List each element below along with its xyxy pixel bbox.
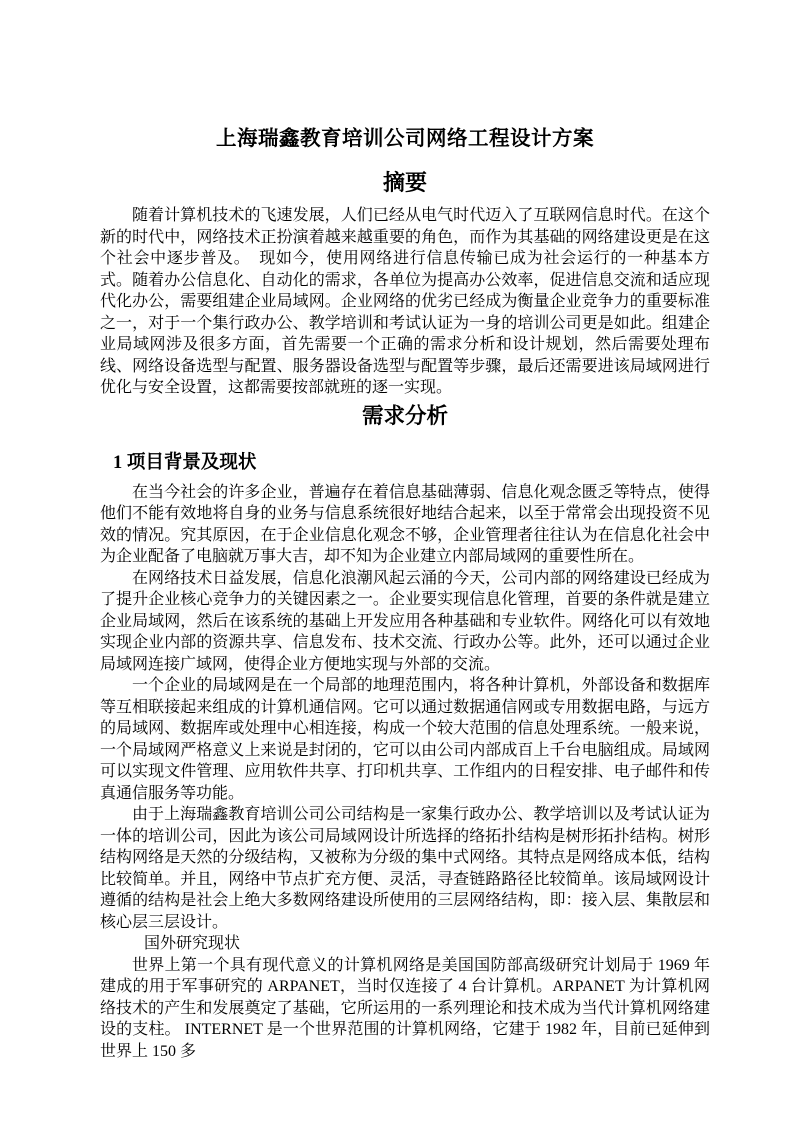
foreign-research-paragraph: 世界上第一个具有现代意义的计算机网络是美国国防部高级研究计划局于 1969 年建… (100, 955, 710, 1063)
document-page: 上海瑞鑫教育培训公司网络工程设计方案 摘要 随着计算机技术的飞速发展，人们已经从… (0, 0, 800, 1132)
section-1-paragraph-3: 一个企业的局域网是在一个局部的地理范围内，将各种计算机，外部设备和数据库等互相联… (100, 675, 710, 804)
section-1-paragraph-4: 由于上海瑞鑫教育培训公司公司结构是一家集行政办公、教学培训以及考试认证为一体的培… (100, 804, 710, 933)
document-title: 上海瑞鑫教育培训公司网络工程设计方案 (100, 125, 710, 153)
section-1-paragraph-1: 在当今社会的许多企业，普遍存在着信息基础薄弱、信息化观念匮乏等特点，使得他们不能… (100, 482, 710, 568)
abstract-heading: 摘要 (100, 169, 710, 197)
section-1-heading: 1 项目背景及现状 (100, 451, 710, 476)
abstract-paragraph: 随着计算机技术的飞速发展，人们已经从电气时代迈入了互联网信息时代。在这个新的时代… (100, 205, 710, 399)
section-1-paragraph-2: 在网络技术日益发展，信息化浪潮风起云涌的今天，公司内部的网络建设已经成为了提升企… (100, 568, 710, 676)
requirements-heading: 需求分析 (100, 402, 710, 430)
foreign-research-label: 国外研究现状 (100, 933, 710, 955)
